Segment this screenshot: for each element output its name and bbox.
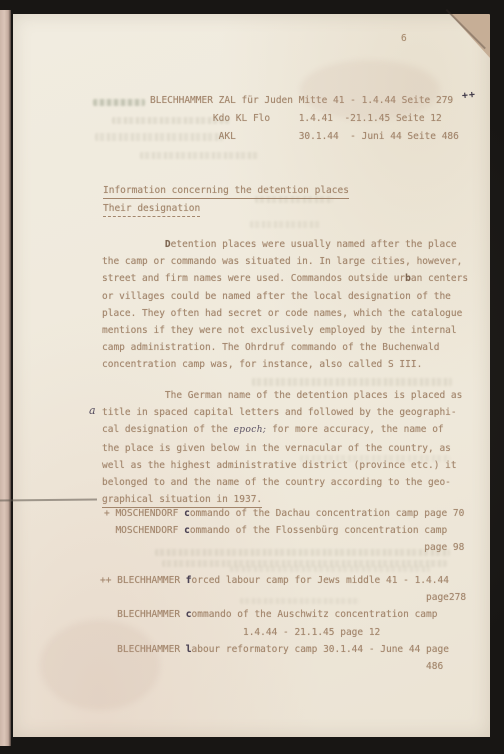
typed-line: + MOSCHENDORF commando of the Dachau con… (104, 505, 464, 522)
typed-line: BLECHHAMMER commando of the Auschwitz co… (100, 606, 466, 623)
book-page-edges (0, 10, 11, 746)
typed-line: the camp or commando was situated in. In… (102, 253, 468, 270)
typed-line: concentration camp was, for instance, al… (102, 356, 468, 373)
bleedthrough-smudge (252, 378, 452, 386)
bleedthrough-smudge (140, 152, 258, 159)
bleedthrough-smudge (255, 196, 333, 203)
bleedthrough-smudge (155, 549, 450, 556)
bleedthrough-smudge (95, 133, 223, 141)
typed-line: Detention places were usually named afte… (102, 236, 468, 253)
paper-stain (300, 60, 440, 120)
typed-line: belonged to and the name of the country … (102, 474, 462, 491)
page-number: 6 (401, 33, 407, 44)
typed-line: title in spaced capital letters and foll… (102, 404, 462, 421)
typed-line: 1.4.44 - 21.1.45 page 12 (100, 624, 466, 641)
handwritten-plus-plus-mark: ++ (461, 89, 476, 101)
handwritten-inserted-a: a (89, 404, 96, 417)
typed-line: street and firm names were used. Command… (102, 270, 468, 287)
bleedthrough-smudge (230, 566, 430, 572)
bleedthrough-smudge (240, 598, 360, 604)
bleedthrough-smudge (250, 221, 320, 228)
handwritten-word: epoch; (234, 425, 267, 435)
paper-stain (40, 620, 160, 710)
typed-line: camp administration. The Ohrdruf command… (102, 339, 468, 356)
bleedthrough-smudge (300, 455, 450, 462)
paragraph-german-name: The German name of the detention places … (102, 387, 462, 508)
paragraph-designation: Detention places were usually named afte… (102, 236, 468, 374)
bleedthrough-smudge (112, 117, 230, 124)
typed-line: ++ BLECHHAMMER forced labour camp for Je… (100, 572, 466, 589)
typed-line: MOSCHENDORF commando of the Flossenbürg … (104, 522, 464, 539)
typed-line: The German name of the detention places … (102, 387, 462, 404)
typed-line: cal designation of the epoch; for more a… (102, 421, 462, 439)
typed-line: place. They often had secret or code nam… (102, 305, 468, 322)
typed-line: mentions if they were not exclusively em… (102, 322, 468, 339)
typed-line: or villages could be named after the loc… (102, 288, 468, 305)
bleedthrough-smudge (93, 99, 145, 106)
